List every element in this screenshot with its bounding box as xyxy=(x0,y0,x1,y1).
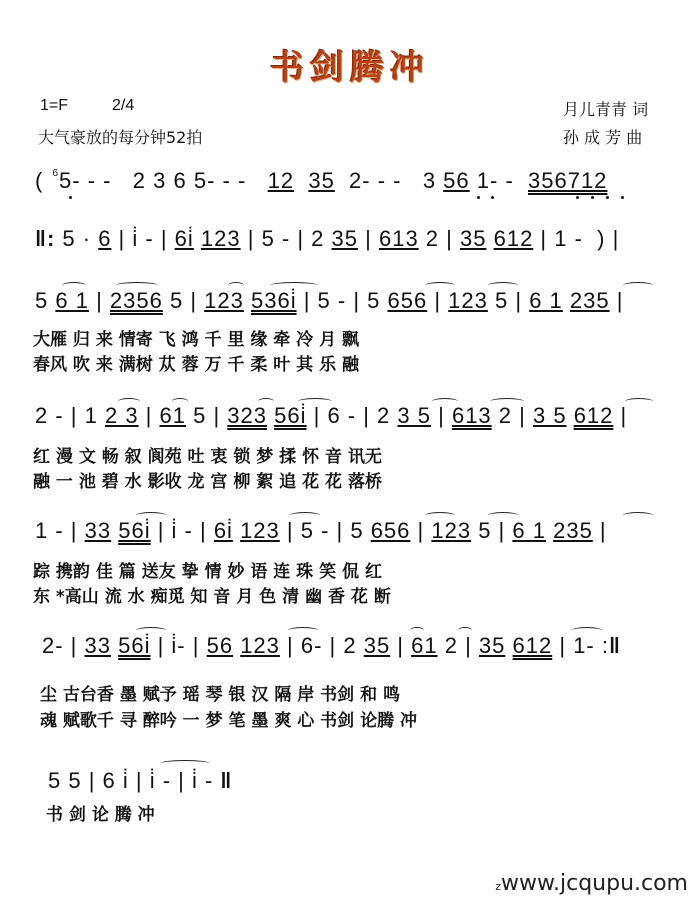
notation-line-4: 2 - | 1 2 3 | 61 5 | 323 56i̇ | 6 - | 2 … xyxy=(35,403,627,429)
notation-line-3: 5 6 1 | 2356 5 | 123 536i̇ | 5 - | 5 656… xyxy=(35,288,623,314)
notation-line-1: ( 65- - - 2 3 6 5- - - 12 35 2- - - 3 56… xyxy=(35,168,607,194)
lyricist-credit: 月儿青青 词 xyxy=(563,97,648,120)
lyrics-line-3-verse-1: 大雁 归 来 情寄 飞 鸿 千 里 缘 牵 冷 月 飘 xyxy=(33,325,359,350)
song-title: 书剑腾冲 xyxy=(0,40,700,89)
tempo-marking: 大气豪放的每分钟52拍 xyxy=(38,125,202,148)
lyrics-line-6-verse-2: 魂 赋歌千 寻 醉吟 一 梦 笔 墨 爽 心 书剑 论腾 冲 xyxy=(40,706,417,731)
lyrics-line-4-verse-1: 红 漫 文 畅 叙 阆苑 吐 衷 锁 梦 揉 怀 音 讯无 xyxy=(33,442,382,467)
lyrics-line-7: 书 剑 论 腾 冲 xyxy=(46,800,155,825)
notation-line-7: 5 5 | 6 i̇ | i̇ - | i̇ - ‖ xyxy=(48,768,232,794)
composer-credit: 孙 成 芳 曲 xyxy=(563,125,642,148)
notation-line-6: 2- | 33 56i̇ | i̇- | 56 123 | 6- | 2 35 … xyxy=(42,633,621,659)
notation-line-5: 1 - | 33 56i̇ | i̇ - | 6i̇ 123 | 5 - | 5… xyxy=(35,518,607,544)
lyrics-line-4-verse-2: 融 一 池 碧 水 影收 龙 宫 柳 絮 追 花 花 落桥 xyxy=(33,467,382,492)
key-signature: 1=F xyxy=(40,97,68,115)
lyrics-line-5-verse-2: 东 *高山 流 水 痴觅 知 音 月 色 清 幽 香 花 断 xyxy=(33,582,391,607)
time-signature: 2/4 xyxy=(112,97,134,115)
watermark: zwww.jcqupu.com xyxy=(495,871,688,896)
lyrics-line-6-verse-1: 尘 古台香 墨 赋予 瑶 琴 银 汉 隔 岸 书剑 和 鸣 xyxy=(40,680,400,705)
notation-line-2: ‖: 5 · 6 | i̇ - | 6i̇ 123 | 5 - | 2 35 |… xyxy=(35,226,619,252)
lyrics-line-3-verse-2: 春风 吹 来 满树 苁 蓉 万 千 柔 叶 其 乐 融 xyxy=(33,350,359,375)
lyrics-line-5-verse-1: 踪 携韵 佳 篇 送友 挚 情 妙 语 连 珠 笑 侃 红 xyxy=(33,557,382,582)
